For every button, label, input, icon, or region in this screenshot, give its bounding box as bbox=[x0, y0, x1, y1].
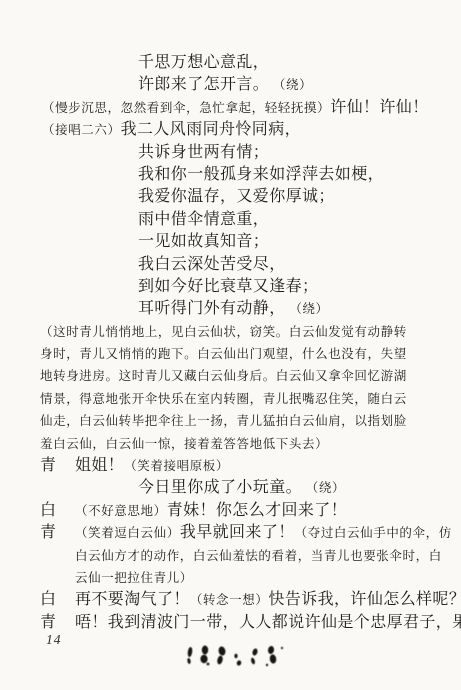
text-segment: 地转身进房。这时青儿又藏白云仙身后。白云仙又拿伞回忆游湖 bbox=[40, 369, 407, 383]
text-segment: 许仙！许仙！ bbox=[330, 99, 428, 116]
verse-line: 共诉身世两有情； bbox=[138, 142, 451, 164]
text-segment: 我和你一般孤身来如浮萍去如梗， bbox=[138, 166, 384, 183]
dialogue-line: 青唔！我到清波门一带，人人都说许仙是个忠厚君子，果 bbox=[40, 612, 451, 634]
stage-direction-line: 羞白云仙，白云仙一惊，接着羞答答地低下头去） bbox=[40, 433, 451, 455]
text-segment: （笑着接唱原板） bbox=[124, 459, 229, 473]
text-segment: 千思万想心意乱， bbox=[138, 54, 269, 71]
verse-line: 一见如故真知音； bbox=[138, 231, 451, 253]
text-segment: 耳听得门外有动静， bbox=[138, 300, 286, 317]
text-segment: 白云仙方才的动作，白云仙羞怯的看着，当青儿也要张伞时，白 bbox=[75, 549, 442, 563]
text-segment: 共诉身世两有情； bbox=[138, 144, 269, 161]
stage-direction-line: （接唱二六）我二人风雨同舟怜同病， bbox=[42, 119, 451, 141]
dialogue-continuation-line: 云仙一把拉住青儿） bbox=[75, 567, 451, 589]
text-segment: 我爱你温存，又爱你厚诚； bbox=[138, 188, 335, 205]
text-segment: 情景，得意地张开伞快乐在室内转圈，青儿抿嘴忍住笑，随白云 bbox=[40, 392, 407, 406]
verse-line: 今日里你成了小玩童。 （绕） bbox=[138, 477, 451, 499]
dialogue-line: 青姐姐！（笑着接唱原板） bbox=[40, 455, 451, 477]
dialogue-line: 青（笑着逗白云仙）我早就回来了！（夺过白云仙手中的伞，仿 bbox=[40, 522, 451, 544]
verse-line: 耳听得门外有动静， （绕） bbox=[138, 298, 451, 320]
speaker-label: 青 bbox=[40, 455, 75, 477]
dialogue-continuation-line: 白云仙方才的动作，白云仙羞怯的看着，当青儿也要张伞时，白 bbox=[75, 545, 451, 567]
stage-direction-line: （这时青儿悄悄地上，见白云仙状，窃笑。白云仙发觉有动静转 bbox=[40, 321, 451, 343]
text-segment: 云仙一把拉住青儿） bbox=[75, 571, 193, 585]
stage-direction-line: （慢步沉思，忽然看到伞，急忙拿起，轻轻抚摸）许仙！许仙！ bbox=[42, 97, 451, 119]
verse-line: 千思万想心意乱， bbox=[138, 52, 451, 74]
stage-direction-line: 仙走，白云仙转毕把伞往上一扬，青儿猛拍白云仙肩，以指划脸 bbox=[40, 410, 451, 432]
text-segment: 快告诉我，许仙怎么样呢？ bbox=[268, 591, 461, 608]
text-segment: （这时青儿悄悄地上，见白云仙状，窃笑。白云仙发觉有动静转 bbox=[40, 325, 407, 339]
verse-line: 许郎来了怎开言。 （绕） bbox=[138, 74, 451, 96]
verse-line: 我和你一般孤身来如浮萍去如梗， bbox=[138, 164, 451, 186]
text-segment: 一见如故真知音； bbox=[138, 233, 269, 250]
dialogue-line: 白再不要淘气了！（转念一想）快告诉我，许仙怎么样呢？ bbox=[40, 589, 451, 611]
ink-smudge-icon bbox=[183, 642, 303, 674]
text-segment: 身时，青儿又悄悄的跑下。白云仙出门观望，什么也没有，失望 bbox=[40, 347, 407, 361]
text-segment: 雨中借伞情意重， bbox=[138, 211, 269, 228]
text-segment: 唔！我到清波门一带，人人都说许仙是个忠厚君子，果 bbox=[75, 614, 461, 631]
speaker-label: 青 bbox=[40, 612, 75, 634]
text-segment: （绕） bbox=[302, 481, 345, 495]
stage-direction-line: 身时，青儿又悄悄的跑下。白云仙出门观望，什么也没有，失望 bbox=[40, 343, 451, 365]
text-segment: （不好意思地） bbox=[75, 504, 167, 518]
verse-line: 雨中借伞情意重， bbox=[138, 209, 451, 231]
text-segment: 到如今好比衰草又逢春； bbox=[138, 278, 318, 295]
stage-direction-line: 地转身进房。这时青儿又藏白云仙身后。白云仙又拿伞回忆游湖 bbox=[40, 365, 451, 387]
text-segment: 羞白云仙，白云仙一惊，接着羞答答地低下头去） bbox=[40, 437, 328, 451]
text-segment: 我早就回来了！ bbox=[180, 524, 295, 541]
speaker-label: 白 bbox=[40, 500, 75, 522]
text-segment: （笑着逗白云仙） bbox=[75, 526, 180, 540]
text-segment: （绕） bbox=[286, 302, 329, 316]
text-segment: 姐姐！ bbox=[75, 457, 124, 474]
text-segment: 我二人风雨同舟怜同病， bbox=[121, 121, 301, 138]
text-segment: 许郎来了怎开言。 bbox=[138, 76, 269, 93]
text-segment: （慢步沉思，忽然看到伞，急忙拿起，轻轻抚摸） bbox=[42, 101, 330, 115]
speaker-label: 青 bbox=[40, 522, 75, 544]
speaker-label: 白 bbox=[40, 589, 75, 611]
text-segment: 仙走，白云仙转毕把伞往上一扬，青儿猛拍白云仙肩，以指划脸 bbox=[40, 414, 407, 428]
dialogue-line: 白（不好意思地）青妹！你怎么才回来了！ bbox=[40, 500, 451, 522]
text-segment: 我白云深处苦受尽， bbox=[138, 256, 286, 273]
book-page: 千思万想心意乱，许郎来了怎开言。 （绕）（慢步沉思，忽然看到伞，急忙拿起，轻轻抚… bbox=[0, 0, 461, 690]
verse-line: 我白云深处苦受尽， bbox=[138, 254, 451, 276]
stage-direction-line: 情景，得意地张开伞快乐在室内转圈，青儿抿嘴忍住笑，随白云 bbox=[40, 388, 451, 410]
text-segment: 青妹！你怎么才回来了！ bbox=[167, 502, 347, 519]
text-segment: 今日里你成了小玩童。 bbox=[138, 479, 302, 496]
text-block: 千思万想心意乱，许郎来了怎开言。 （绕）（慢步沉思，忽然看到伞，急忙拿起，轻轻抚… bbox=[40, 52, 451, 634]
verse-line: 我爱你温存，又爱你厚诚； bbox=[138, 186, 451, 208]
text-segment: （转念一想） bbox=[190, 593, 269, 607]
text-segment: （夺过白云仙手中的伞，仿 bbox=[295, 526, 452, 540]
text-segment: （绕） bbox=[269, 78, 312, 92]
text-segment: 再不要淘气了！ bbox=[75, 591, 190, 608]
text-segment: （接唱二六） bbox=[42, 123, 121, 137]
page-number: 14 bbox=[46, 632, 62, 648]
verse-line: 到如今好比衰草又逢春； bbox=[138, 276, 451, 298]
